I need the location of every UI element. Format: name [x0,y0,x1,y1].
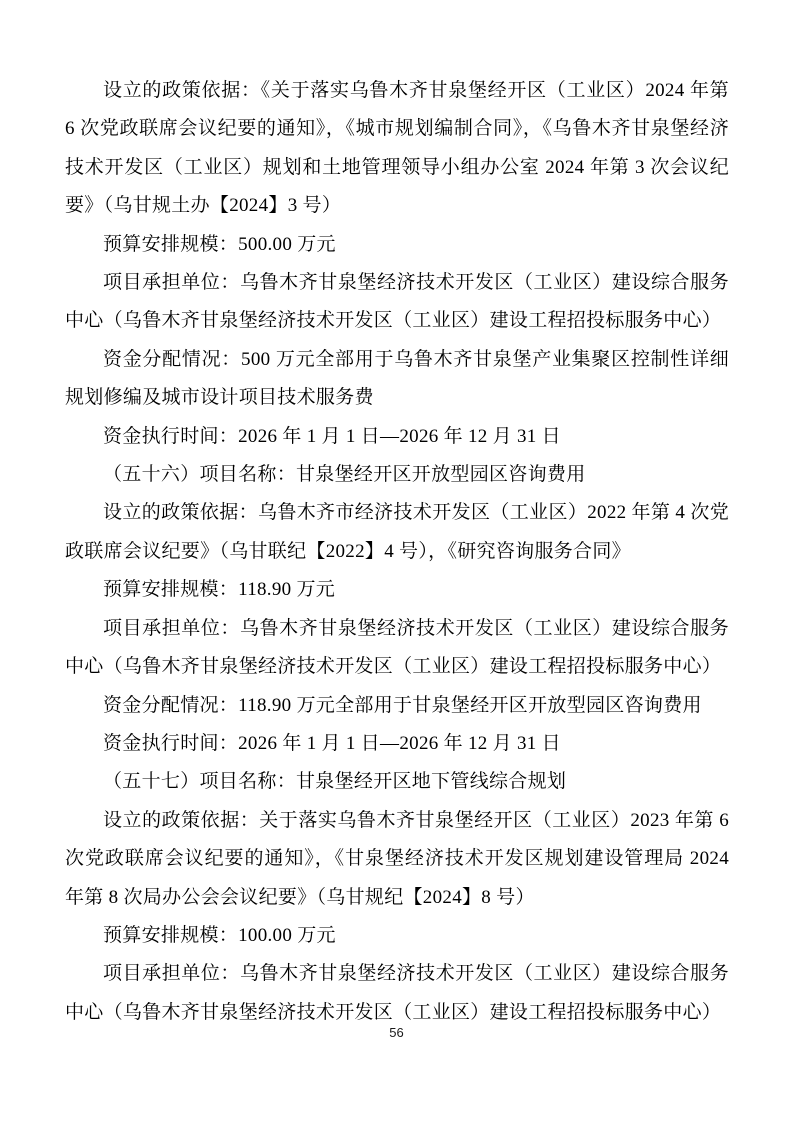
document-body: 设立的政策依据：《关于落实乌鲁木齐甘泉堡经开区（工业区）2024 年第 6 次党… [65,72,729,1032]
paragraph-policy-basis-57: 设立的政策依据：关于落实乌鲁木齐甘泉堡经开区（工业区）2023 年第 6 次党政… [65,802,729,917]
paragraph-undertaking-unit-55: 项目承担单位：乌鲁木齐甘泉堡经济技术开发区（工业区）建设综合服务中心（乌鲁木齐甘… [65,264,729,341]
paragraph-fund-allocation-56: 资金分配情况：118.90 万元全部用于甘泉堡经开区开放型园区咨询费用 [65,687,729,725]
paragraph-budget-scale-56: 预算安排规模：118.90 万元 [65,571,729,609]
paragraph-fund-allocation-55: 资金分配情况：500 万元全部用于乌鲁木齐甘泉堡产业集聚区控制性详细规划修编及城… [65,341,729,418]
paragraph-budget-scale-57: 预算安排规模：100.00 万元 [65,917,729,955]
paragraph-execution-time-56: 资金执行时间：2026 年 1 月 1 日—2026 年 12 月 31 日 [65,725,729,763]
paragraph-budget-scale-55: 预算安排规模：500.00 万元 [65,226,729,264]
document-page: 设立的政策依据：《关于落实乌鲁木齐甘泉堡经开区（工业区）2024 年第 6 次党… [0,0,793,1122]
paragraph-policy-basis-56: 设立的政策依据：乌鲁木齐市经济技术开发区（工业区）2022 年第 4 次党政联席… [65,494,729,571]
paragraph-project-name-57: （五十七）项目名称：甘泉堡经开区地下管线综合规划 [65,763,729,801]
page-number: 56 [0,1024,793,1042]
paragraph-execution-time-55: 资金执行时间：2026 年 1 月 1 日—2026 年 12 月 31 日 [65,418,729,456]
paragraph-undertaking-unit-56: 项目承担单位：乌鲁木齐甘泉堡经济技术开发区（工业区）建设综合服务中心（乌鲁木齐甘… [65,610,729,687]
paragraph-policy-basis-55: 设立的政策依据：《关于落实乌鲁木齐甘泉堡经开区（工业区）2024 年第 6 次党… [65,72,729,226]
paragraph-project-name-56: （五十六）项目名称：甘泉堡经开区开放型园区咨询费用 [65,456,729,494]
paragraph-undertaking-unit-57: 项目承担单位：乌鲁木齐甘泉堡经济技术开发区（工业区）建设综合服务中心（乌鲁木齐甘… [65,955,729,1032]
